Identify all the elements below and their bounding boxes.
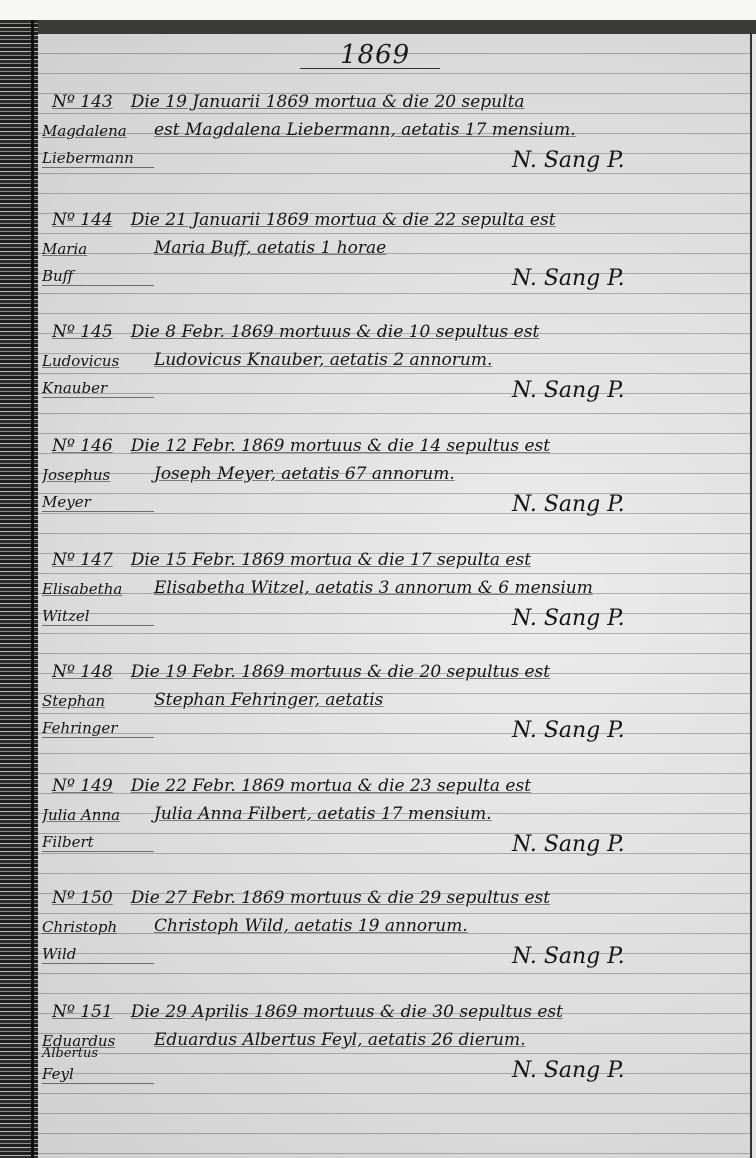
entry-line-1: Nº 149Die 22 Febr. 1869 mortua & die 23 … — [52, 776, 531, 796]
entry-line-2: StephanStephan Fehringer, aetatis — [42, 690, 383, 710]
priest-signature: N. Sang P. — [512, 606, 625, 631]
entry-line-1: Nº 148Die 19 Febr. 1869 mortuus & die 20… — [52, 662, 550, 682]
entry-number: Nº 150 — [52, 888, 113, 908]
margin-name-first: Josephus — [42, 466, 154, 484]
register-entry: Nº 144Die 21 Januarii 1869 mortua & die … — [42, 210, 742, 320]
priest-signature: N. Sang P. — [512, 832, 625, 857]
entry-number: Nº 147 — [52, 550, 113, 570]
margin-name-last: Buff — [42, 267, 154, 286]
entry-line-3: Feyl — [42, 1064, 154, 1084]
priest-signature: N. Sang P. — [512, 266, 625, 291]
entry-line-1: Nº 145Die 8 Febr. 1869 mortuus & die 10 … — [52, 322, 539, 342]
entry-death-burial-text: Die 8 Febr. 1869 mortuus & die 10 sepult… — [131, 322, 540, 342]
entry-number: Nº 148 — [52, 662, 113, 682]
priest-signature: N. Sang P. — [512, 492, 625, 517]
priest-signature: N. Sang P. — [512, 1058, 625, 1083]
entry-death-burial-text: Die 15 Febr. 1869 mortua & die 17 sepult… — [131, 550, 531, 570]
margin-name-last: Fehringer — [42, 719, 154, 738]
margin-name-first: Maria — [42, 240, 154, 258]
register-entry: Nº 146Die 12 Febr. 1869 mortuus & die 14… — [42, 436, 742, 546]
register-entry: Nº 147Die 15 Febr. 1869 mortua & die 17 … — [42, 550, 742, 660]
entry-death-burial-text: Die 12 Febr. 1869 mortuus & die 14 sepul… — [131, 436, 550, 456]
entry-name-age-text: est Magdalena Liebermann, aetatis 17 men… — [154, 120, 576, 140]
priest-signature: N. Sang P. — [512, 718, 625, 743]
entry-line-3: Liebermann — [42, 148, 154, 168]
entry-line-3: Buff — [42, 266, 154, 286]
margin-name-last: Filbert — [42, 833, 154, 852]
register-entry: Nº 148Die 19 Febr. 1869 mortuus & die 20… — [42, 662, 742, 772]
book-binding-edge — [0, 20, 38, 1158]
scan-top-margin — [0, 0, 756, 20]
margin-name-last: Knauber — [42, 379, 154, 398]
entry-line-2: JosephusJoseph Meyer, aetatis 67 annorum… — [42, 464, 455, 484]
entry-line-2: Julia AnnaJulia Anna Filbert, aetatis 17… — [42, 804, 492, 824]
entry-line-3: Knauber — [42, 378, 154, 398]
margin-name-last: Meyer — [42, 493, 154, 512]
margin-name-first: Elisabetha — [42, 580, 154, 598]
entry-name-age-text: Ludovicus Knauber, aetatis 2 annorum. — [154, 350, 492, 370]
entry-line-1: Nº 146Die 12 Febr. 1869 mortuus & die 14… — [52, 436, 550, 456]
entry-number: Nº 145 — [52, 322, 113, 342]
margin-name-first: Eduardus — [42, 1032, 154, 1050]
margin-name-first: Ludovicus — [42, 352, 154, 370]
entry-name-age-text: Joseph Meyer, aetatis 67 annorum. — [154, 464, 455, 484]
register-entry: AlbertusNº 151Die 29 Aprilis 1869 mortuu… — [42, 1002, 742, 1112]
margin-name-last: Wild — [42, 945, 154, 964]
entry-name-age-text: Elisabetha Witzel, aetatis 3 annorum & 6… — [154, 578, 593, 598]
entry-line-2: ElisabethaElisabetha Witzel, aetatis 3 a… — [42, 578, 593, 598]
margin-name-first: Christoph — [42, 918, 154, 936]
entry-line-2: MariaMaria Buff, aetatis 1 horae — [42, 238, 386, 258]
entry-death-burial-text: Die 21 Januarii 1869 mortua & die 22 sep… — [131, 210, 556, 230]
entry-death-burial-text: Die 27 Febr. 1869 mortuus & die 29 sepul… — [131, 888, 550, 908]
entry-line-1: Nº 143Die 19 Januarii 1869 mortua & die … — [52, 92, 525, 112]
entry-line-3: Filbert — [42, 832, 154, 852]
entry-name-age-text: Maria Buff, aetatis 1 horae — [154, 238, 386, 258]
entry-line-3: Witzel — [42, 606, 154, 626]
entry-number: Nº 149 — [52, 776, 113, 796]
margin-name-last: Liebermann — [42, 149, 154, 168]
year-heading: 1869 — [340, 40, 410, 70]
entry-death-burial-text: Die 19 Januarii 1869 mortua & die 20 sep… — [131, 92, 525, 112]
entry-number: Nº 143 — [52, 92, 113, 112]
entry-death-burial-text: Die 22 Febr. 1869 mortua & die 23 sepult… — [131, 776, 531, 796]
entry-line-3: Wild — [42, 944, 154, 964]
register-entry: Nº 145Die 8 Febr. 1869 mortuus & die 10 … — [42, 322, 742, 432]
year-heading-rule — [300, 68, 440, 69]
priest-signature: N. Sang P. — [512, 944, 625, 969]
entry-number: Nº 146 — [52, 436, 113, 456]
entry-number: Nº 151 — [52, 1002, 113, 1022]
margin-name-first: Julia Anna — [42, 806, 154, 824]
entry-line-3: Fehringer — [42, 718, 154, 738]
entry-name-age-text: Eduardus Albertus Feyl, aetatis 26 dieru… — [154, 1030, 526, 1050]
register-entry: Nº 149Die 22 Febr. 1869 mortua & die 23 … — [42, 776, 742, 886]
entry-number: Nº 144 — [52, 210, 113, 230]
entry-line-1: Nº 150Die 27 Febr. 1869 mortuus & die 29… — [52, 888, 550, 908]
entry-death-burial-text: Die 19 Febr. 1869 mortuus & die 20 sepul… — [131, 662, 550, 682]
priest-signature: N. Sang P. — [512, 378, 625, 403]
entry-line-2: ChristophChristoph Wild, aetatis 19 anno… — [42, 916, 468, 936]
register-entry: Nº 150Die 27 Febr. 1869 mortuus & die 29… — [42, 888, 742, 998]
entry-name-age-text: Christoph Wild, aetatis 19 annorum. — [154, 916, 468, 936]
entry-line-2: EduardusEduardus Albertus Feyl, aetatis … — [42, 1030, 526, 1050]
entry-line-1: Nº 151Die 29 Aprilis 1869 mortuus & die … — [52, 1002, 563, 1022]
entry-line-3: Meyer — [42, 492, 154, 512]
margin-name-first: Magdalena — [42, 122, 154, 140]
entry-line-2: Magdalenaest Magdalena Liebermann, aetat… — [42, 120, 576, 140]
margin-name-last: Feyl — [42, 1065, 154, 1084]
entry-line-1: Nº 144Die 21 Januarii 1869 mortua & die … — [52, 210, 556, 230]
entry-line-2: LudovicusLudovicus Knauber, aetatis 2 an… — [42, 350, 492, 370]
register-entry: Nº 143Die 19 Januarii 1869 mortua & die … — [42, 92, 742, 202]
margin-name-last: Witzel — [42, 607, 154, 626]
entry-name-age-text: Stephan Fehringer, aetatis — [154, 690, 383, 710]
adjacent-page-edge — [752, 34, 756, 1158]
entry-death-burial-text: Die 29 Aprilis 1869 mortuus & die 30 sep… — [131, 1002, 563, 1022]
entry-line-1: Nº 147Die 15 Febr. 1869 mortua & die 17 … — [52, 550, 531, 570]
priest-signature: N. Sang P. — [512, 148, 625, 173]
margin-name-first: Stephan — [42, 692, 154, 710]
entry-name-age-text: Julia Anna Filbert, aetatis 17 mensium. — [154, 804, 492, 824]
